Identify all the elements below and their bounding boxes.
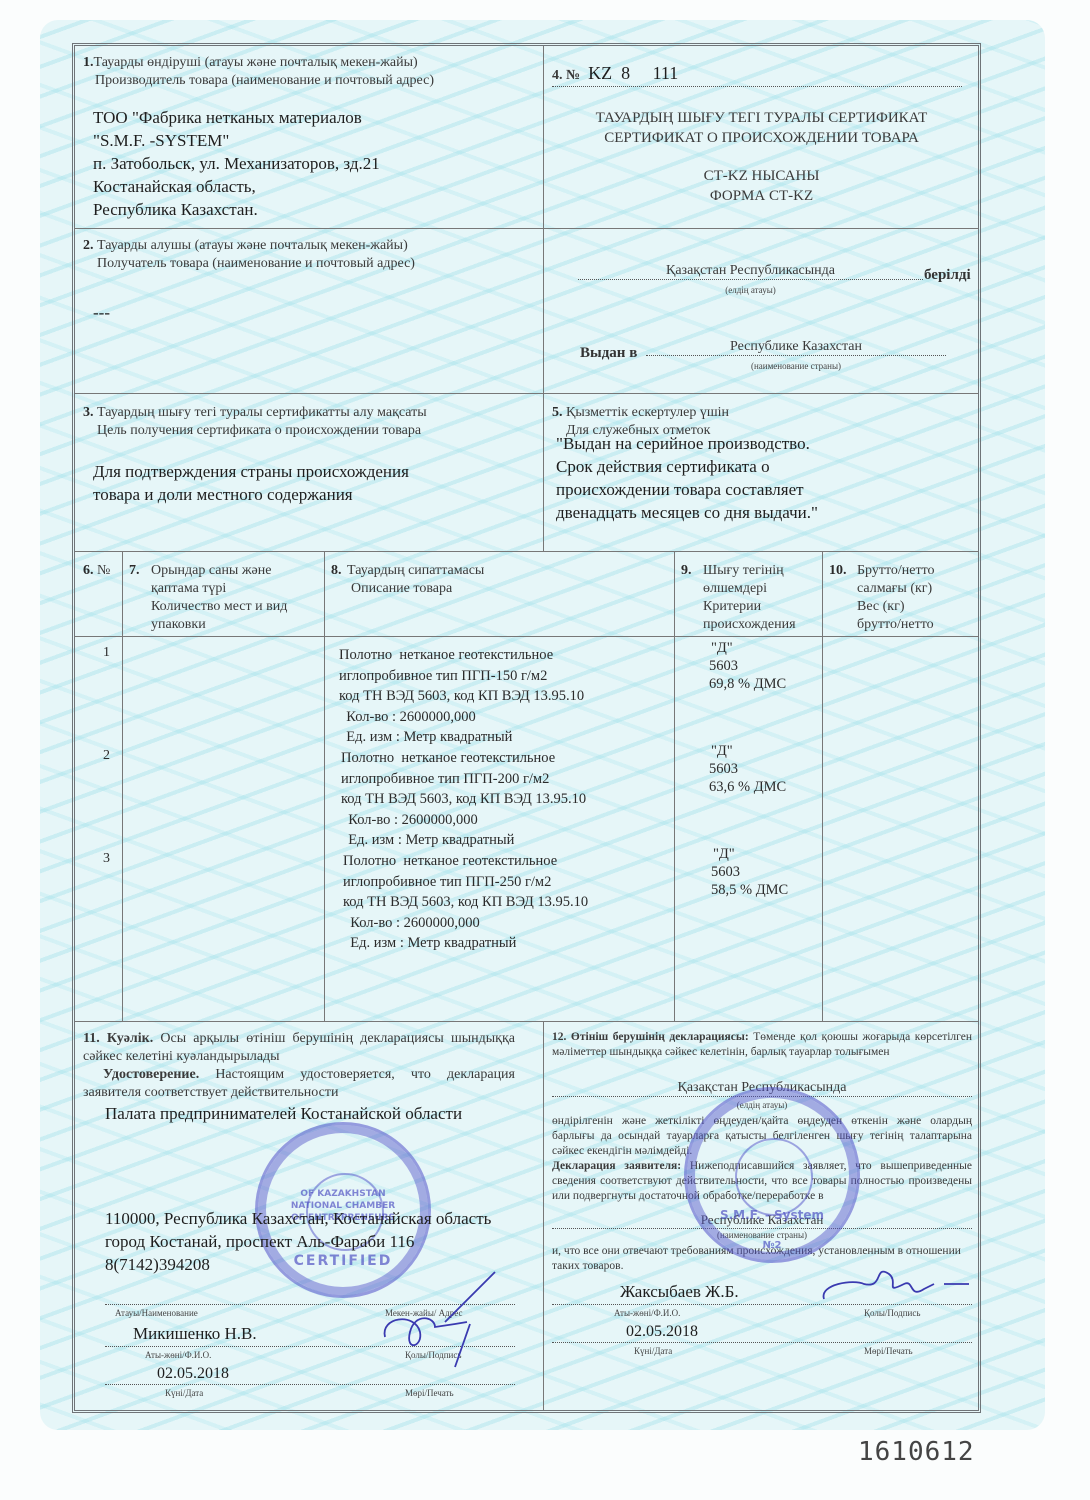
company-stamp-text: S.M.F. - System [687, 1208, 857, 1222]
cert-number: KZ 8 111 [588, 63, 678, 83]
table-row: 3Полотно нетканое геотекстильноеиглопроб… [75, 851, 978, 954]
box-declaration: 12. Өтініш берушінің декларациясы: Төмен… [543, 1021, 978, 1410]
caption-name: Атауы/Наименование [115, 1308, 198, 1318]
issued-prefix-ru: Выдан в [580, 345, 637, 362]
col7-num: 7. [129, 562, 151, 634]
goods-table-body: 1Полотно нетканое геотекстильноеиглопроб… [75, 636, 978, 1021]
col7-line: Количество мест и вид [151, 598, 287, 616]
col10-line: брутто/нетто [857, 616, 935, 634]
description-line: Полотно нетканое геотекстильное [341, 748, 586, 769]
box3-number: 3. [83, 405, 94, 420]
purpose-line: товара и доли местного содержания [93, 483, 409, 506]
criteria-line: 5603 [709, 760, 786, 778]
row-criteria: "Д"560363,6 % ДМС [709, 742, 786, 796]
col6-text: № [97, 563, 110, 578]
table-row: 1Полотно нетканое геотекстильноеиглопроб… [75, 645, 978, 748]
box-purpose: 3. Тауардың шығу тегі туралы сертификатт… [75, 393, 543, 551]
criteria-line: 69,8 % ДМС [709, 675, 786, 693]
box5-label-kz: Қызметтік ескертулер үшін [566, 405, 729, 420]
col9-num: 9. [681, 562, 703, 634]
row-criteria: "Д"560369,8 % ДМС [709, 639, 786, 693]
certifier-signature [375, 1262, 515, 1372]
col8-line: Описание товара [347, 580, 484, 598]
decl-caption-fio: Аты-жөні/Ф.И.О. [614, 1308, 680, 1318]
table-row: 2Полотно нетканое геотекстильноеиглопроб… [75, 748, 978, 851]
box1-label-ru: Производитель товара (наименование и поч… [83, 73, 434, 88]
description-line: Полотно нетканое геотекстильное [343, 851, 588, 872]
cert-number-line: 4. № KZ 8 111 [552, 62, 962, 87]
producer-line: "S.M.F. -SYSTEM" [93, 129, 380, 152]
declarant-signature [814, 1254, 974, 1314]
description-line: Кол-во : 2600000,000 [341, 810, 586, 831]
row-number: 1 [103, 645, 110, 661]
note-line: происхождении товара составляет [556, 478, 818, 501]
producer-line: Костанайская область, [93, 175, 380, 198]
description-line: Ед. изм : Метр квадратный [343, 933, 588, 954]
cert-title-kz: ТАУАРДЫҢ ШЫҒУ ТЕГІ ТУРАЛЫ СЕРТИФИКАТ [544, 108, 979, 128]
box-certification: 11. Куәлік. Осы арқылы өтініш берушінің … [75, 1021, 543, 1410]
col10-header: 10. Брутто/нетто салмағы (кг) Вес (кг) б… [822, 552, 978, 637]
row-criteria: "Д"560358,5 % ДМС [711, 845, 788, 899]
description-line: Ед. изм : Метр квадратный [341, 830, 586, 851]
caption-date: Күні/Дата [165, 1388, 203, 1398]
box12-title-kz: Өтініш берушінің декларациясы: [571, 1031, 749, 1043]
col8-num: 8. [331, 562, 347, 598]
goods-table-header: 6. № 7. Орындар саны және қаптама түрі К… [75, 551, 978, 636]
box-producer: 1.Тауарды өндіруші (атауы және почталық … [75, 46, 543, 228]
issued-hint-kz: (елдің атауы) [578, 285, 923, 295]
form-kz: СТ-KZ НЫСАНЫ [544, 166, 979, 186]
criteria-line: 58,5 % ДМС [711, 881, 788, 899]
col9-header: 9. Шығу тегінің өлшемдері Критерии проис… [674, 552, 822, 637]
box11-title-kz: Куәлік. [107, 1031, 153, 1046]
issued-hint-ru: (наименование страны) [646, 361, 946, 371]
cert-title-ru: СЕРТИФИКАТ О ПРОИСХОЖДЕНИИ ТОВАРА [544, 128, 979, 148]
producer-line: Республика Казахстан. [93, 198, 380, 221]
box-service-notes: 5. Қызметтік ескертулер үшін Для служебн… [543, 393, 978, 551]
col7-line: Орындар саны және [151, 562, 287, 580]
note-line: "Выдан на серийное производство. [556, 432, 818, 455]
service-notes-text: "Выдан на серийное производство. Срок де… [556, 432, 818, 524]
box12-number: 12. [552, 1031, 566, 1043]
box-certificate-number: 4. № KZ 8 111 ТАУАРДЫҢ ШЫҒУ ТЕГІ ТУРАЛЫ … [543, 46, 978, 228]
col8-line: Тауардың сипаттамасы [347, 562, 484, 580]
decl-caption-date: Күні/Дата [634, 1346, 672, 1356]
caption-seal: Мөрі/Печать [405, 1388, 454, 1398]
description-line: Ед. изм : Метр квадратный [339, 727, 584, 748]
purpose-line: Для подтверждения страны происхождения [93, 460, 409, 483]
description-line: иглопробивное тип ПГП-250 г/м2 [343, 872, 588, 893]
col9-line: происхождения [703, 616, 796, 634]
box12-title-ru: Декларация заявителя: [552, 1160, 681, 1172]
description-line: код ТН ВЭД 5603, код КП ВЭД 13.95.10 [343, 892, 588, 913]
col7-line: упаковки [151, 616, 287, 634]
box1-label-kz: Тауарды өндіруші (атауы және почталық ме… [94, 55, 418, 70]
producer-line: п. Затобольск, ул. Механизаторов, зд.21 [93, 152, 380, 175]
address-line: 110000, Республика Казахстан, Костанайск… [105, 1207, 491, 1230]
description-line: код ТН ВЭД 5603, код КП ВЭД 13.95.10 [339, 686, 584, 707]
box11-number: 11. [83, 1031, 100, 1046]
col7-header: 7. Орындар саны және қаптама түрі Количе… [122, 552, 324, 637]
company-stamp-sub: №2 [687, 1240, 857, 1251]
row-number: 2 [103, 748, 110, 764]
box2-label-ru: Получатель товара (наименование и почтов… [83, 256, 415, 271]
declarant-name: Жаксыбаев Ж.Б. [620, 1280, 739, 1303]
col10-line: Брутто/нетто [857, 562, 935, 580]
issued-suffix-kz: берілді [924, 267, 971, 284]
col9-line: Шығу тегінің [703, 562, 796, 580]
col10-num: 10. [829, 562, 857, 634]
certificate-frame: 1.Тауарды өндіруші (атауы және почталық … [72, 43, 981, 1413]
decl-caption-seal: Мөрі/Печать [864, 1346, 913, 1356]
serial-number: 1610612 [858, 1437, 975, 1467]
row-description: Полотно нетканое геотекстильноеиглопроби… [341, 748, 586, 851]
description-line: Кол-во : 2600000,000 [339, 707, 584, 728]
box-recipient: 2. Тауарды алушы (атауы және почталық ме… [75, 228, 543, 393]
criteria-line: "Д" [709, 742, 786, 760]
description-line: Кол-во : 2600000,000 [343, 913, 588, 934]
col6-num: 6. [83, 563, 94, 578]
caption-fio: Аты-жөні/Ф.И.О. [145, 1350, 211, 1360]
form-ru: ФОРМА СТ-KZ [544, 186, 979, 206]
col10-line: салмағы (кг) [857, 580, 935, 598]
row-number: 3 [103, 851, 110, 867]
col7-line: қаптама түрі [151, 580, 287, 598]
producer-line: ТОО "Фабрика нетканых материалов [93, 106, 380, 129]
issued-country-kz: Қазақстан Республикасында [666, 263, 835, 278]
recipient-value: --- [93, 301, 110, 324]
certification-date: 02.05.2018 [157, 1362, 229, 1385]
note-line: Срок действия сертификата о [556, 455, 818, 478]
producer-address: ТОО "Фабрика нетканых материалов "S.M.F.… [93, 106, 380, 221]
note-line: двенадцать месяцев со дня выдачи." [556, 501, 818, 524]
chamber-name: Палата предпринимателей Костанайской обл… [105, 1102, 462, 1125]
criteria-line: 5603 [709, 657, 786, 675]
description-line: иглопробивное тип ПГП-200 г/м2 [341, 769, 586, 790]
criteria-line: 5603 [711, 863, 788, 881]
col10-line: Вес (кг) [857, 598, 935, 616]
company-stamp: S.M.F. - System №2 [684, 1087, 860, 1263]
box11-title-ru: Удостоверение. [103, 1067, 199, 1082]
box3-label-kz: Тауардың шығу тегі туралы сертификатты а… [97, 405, 427, 420]
row-description: Полотно нетканое геотекстильноеиглопроби… [339, 645, 584, 748]
box2-number: 2. [83, 238, 94, 253]
cert-number-label: 4. № [552, 68, 580, 83]
description-line: иглопробивное тип ПГП-150 г/м2 [339, 666, 584, 687]
issued-country-ru: Республике Казахстан [730, 339, 862, 354]
row-description: Полотно нетканое геотекстильноеиглопроби… [343, 851, 588, 954]
col6-header: 6. № [83, 562, 123, 580]
stamp-mid-text: OF KAZAKHSTAN [258, 1189, 428, 1199]
box-issued-in: Қазақстан Республикасында берілді (елдің… [543, 228, 978, 393]
col9-line: Критерии [703, 598, 796, 616]
certifier-name: Микишенко Н.В. [133, 1322, 257, 1345]
box1-number: 1. [83, 55, 94, 70]
address-line: город Костанай, проспект Аль-Фараби 116 [105, 1230, 491, 1253]
criteria-line: "Д" [711, 845, 788, 863]
purpose-text: Для подтверждения страны происхождения т… [93, 460, 409, 506]
criteria-line: "Д" [709, 639, 786, 657]
col9-line: өлшемдері [703, 580, 796, 598]
box2-label-kz: Тауарды алушы (атауы және почталық мекен… [97, 238, 408, 253]
description-line: код ТН ВЭД 5603, код КП ВЭД 13.95.10 [341, 789, 586, 810]
declaration-date: 02.05.2018 [626, 1320, 698, 1343]
criteria-line: 63,6 % ДМС [709, 778, 786, 796]
box3-label-ru: Цель получения сертификата о происхожден… [83, 423, 421, 438]
col8-header: 8. Тауардың сипаттамасы Описание товара [324, 552, 674, 637]
box5-number: 5. [552, 405, 563, 420]
description-line: Полотно нетканое геотекстильное [339, 645, 584, 666]
